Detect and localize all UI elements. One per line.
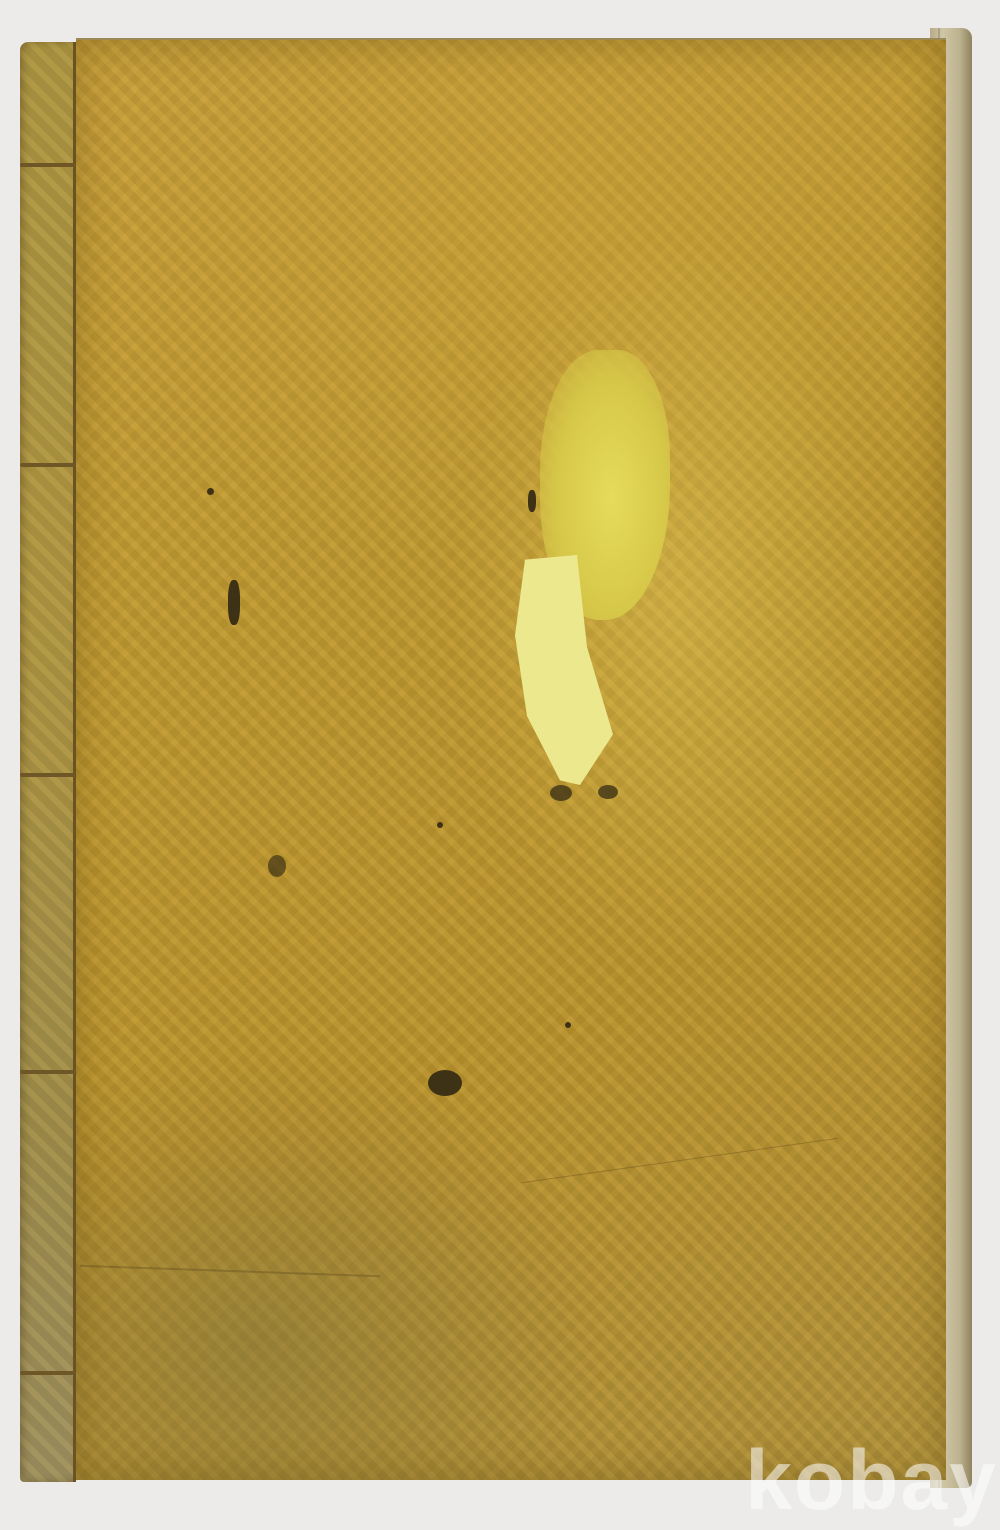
book-cover <box>76 38 946 1480</box>
ink-stain <box>528 490 536 512</box>
book-photo <box>0 0 1000 1530</box>
ink-stain <box>428 1070 462 1096</box>
watermark-text: kobay <box>745 1432 998 1529</box>
binding-stitch <box>20 163 76 167</box>
ink-stain <box>228 580 240 625</box>
ink-spot <box>437 822 443 828</box>
ink-stain <box>268 855 286 877</box>
ink-stain <box>598 785 618 799</box>
ink-stain <box>550 785 572 801</box>
binding-stitch <box>20 773 76 777</box>
binding-stitch <box>20 1070 76 1074</box>
binding-stitch <box>20 1371 76 1375</box>
spine-binding-line <box>73 42 76 1482</box>
ink-spot <box>565 1022 571 1028</box>
ink-spot <box>207 488 214 495</box>
binding-stitch <box>20 463 76 467</box>
book-spine <box>20 42 76 1482</box>
